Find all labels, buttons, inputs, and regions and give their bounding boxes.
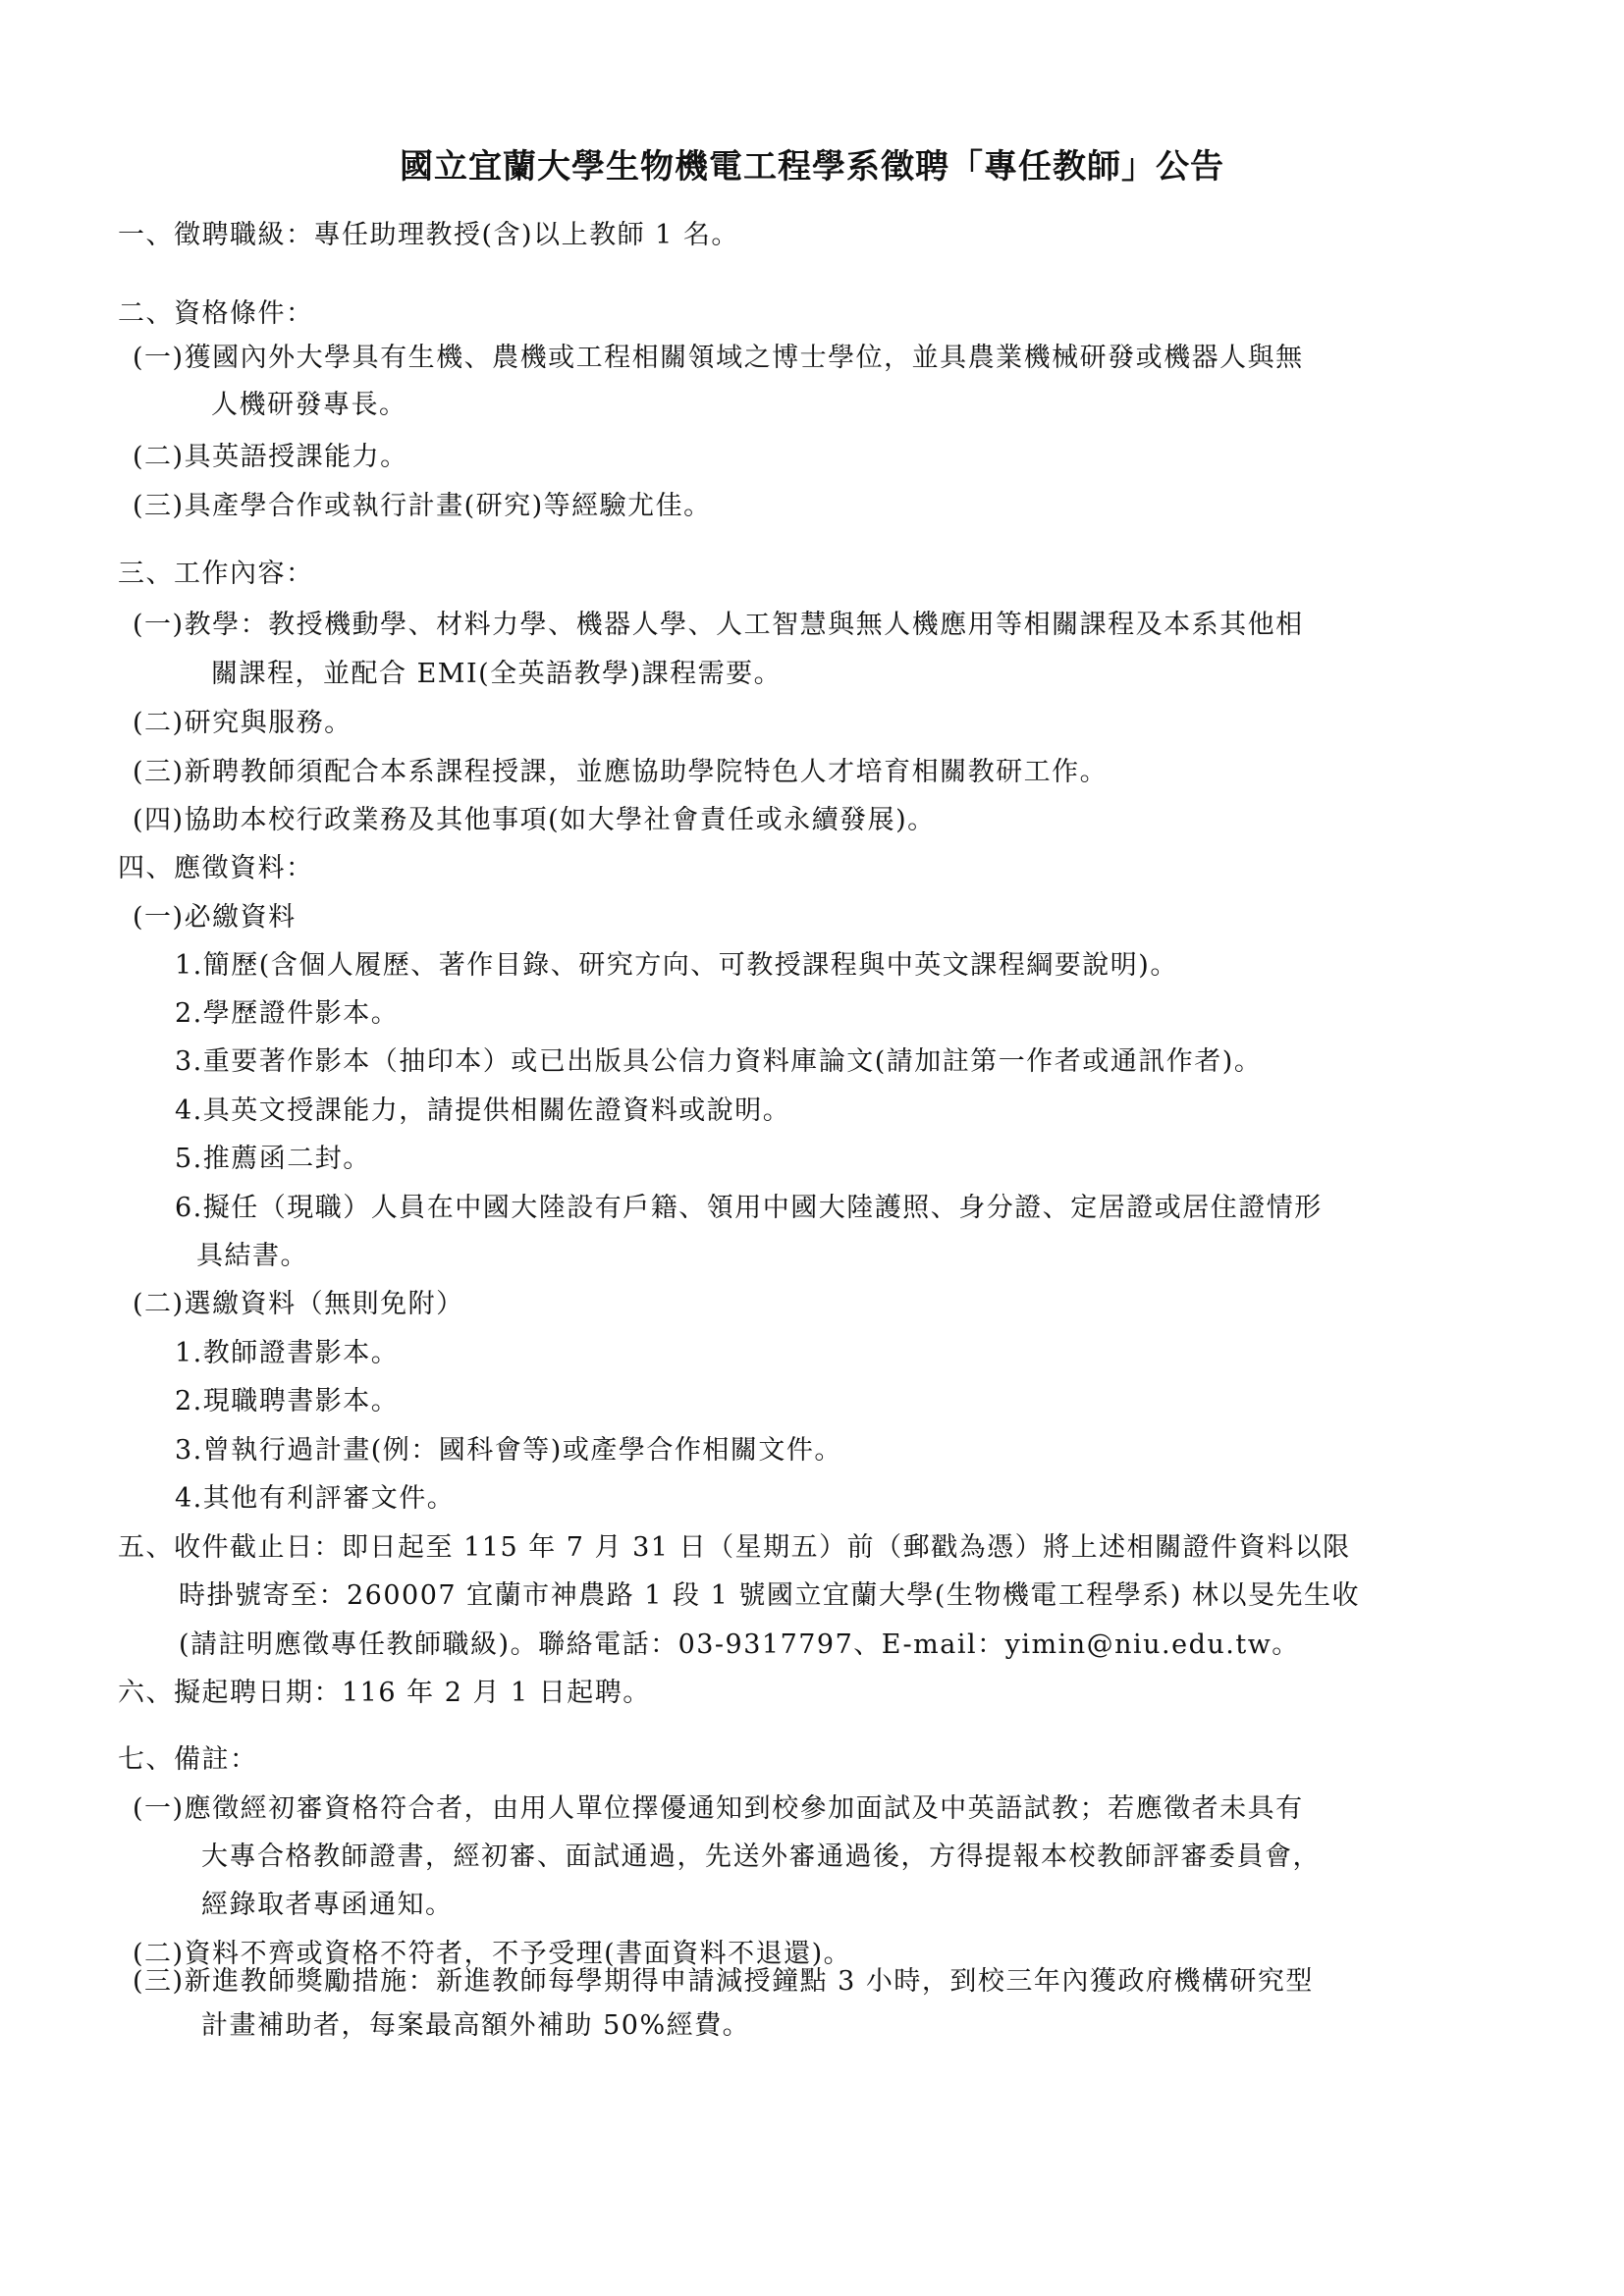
duty-item-4: (四)協助本校行政業務及其他事項(如大學社會責任或永續發展)。: [133, 803, 936, 838]
section-5-address: 時掛號寄至：260007 宜蘭市神農路 1 段 1 號國立宜蘭大學(生物機電工程…: [179, 1578, 1360, 1614]
required-doc-5: 5.推薦函二封。: [175, 1142, 371, 1177]
optional-docs-heading: (二)選繳資料（無則免附）: [133, 1287, 464, 1322]
qualification-item-3: (三)具產學合作或執行計畫(研究)等經驗尤佳。: [133, 489, 712, 524]
note-item-3: (三)新進教師獎勵措施：新進教師每學期得申請減授鐘點 3 小時，到校三年內獲政府…: [133, 1964, 1314, 2000]
section-5-contact: (請註明應徵專任教師職級)。聯絡電話：03-9317797、E-mail：yim…: [179, 1628, 1300, 1663]
required-doc-4: 4.具英文授課能力，請提供相關佐證資料或說明。: [175, 1094, 790, 1129]
duty-item-2: (二)研究與服務。: [133, 706, 352, 741]
required-docs-heading: (一)必繳資料: [133, 900, 297, 935]
required-doc-2: 2.學歷證件影本。: [175, 996, 399, 1032]
section-7-heading: 七、備註：: [118, 1742, 258, 1778]
required-doc-1: 1.簡歷(含個人履歷、著作目錄、研究方向、可教授課程與中英文課程綱要說明)。: [175, 948, 1178, 984]
note-item-1: (一)應徵經初審資格符合者，由用人單位擇優通知到校參加面試及中英語試教；若應徵者…: [133, 1791, 1304, 1827]
required-doc-6-cont: 具結書。: [196, 1239, 308, 1274]
duty-item-1: (一)教學：教授機動學、材料力學、機器人學、人工智慧與無人機應用等相關課程及本系…: [133, 608, 1304, 643]
duty-item-3: (三)新聘教師須配合本系課程授課，並應協助學院特色人才培育相關教研工作。: [133, 755, 1108, 790]
duty-item-1-cont: 關課程，並配合 EMI(全英語教學)課程需要。: [211, 657, 782, 692]
optional-doc-4: 4.其他有利評審文件。: [175, 1481, 455, 1517]
qualification-item-1: (一)獲國內外大學具有生機、農機或工程相關領域之博士學位，並具農業機械研發或機器…: [133, 341, 1304, 376]
required-doc-6: 6.擬任（現職）人員在中國大陸設有戶籍、領用中國大陸護照、身分證、定居證或居住證…: [175, 1191, 1323, 1226]
note-item-3-cont: 計畫補助者，每案最高額外補助 50%經費。: [201, 2008, 750, 2044]
section-3-heading: 三、工作內容：: [118, 557, 314, 592]
note-item-1-cont-2: 經錄取者專函通知。: [201, 1888, 454, 1923]
section-4-heading: 四、應徵資料：: [118, 851, 314, 886]
note-item-1-cont: 大專合格教師證書，經初審、面試通過，先送外審通過後，方得提報本校教師評審委員會，: [201, 1840, 1321, 1875]
section-2-heading: 二、資格條件：: [118, 296, 314, 332]
page-title: 國立宜蘭大學生物機電工程學系徵聘「專任教師」公告: [0, 139, 1624, 187]
optional-doc-3: 3.曾執行過計畫(例：國科會等)或產學合作相關文件。: [175, 1433, 842, 1468]
section-1-rank: 一、徵聘職級：專任助理教授(含)以上教師 1 名。: [118, 218, 739, 253]
section-5-deadline: 五、收件截止日：即日起至 115 年 7 月 31 日（星期五）前（郵戳為憑）將…: [118, 1530, 1351, 1566]
optional-doc-2: 2.現職聘書影本。: [175, 1384, 399, 1419]
optional-doc-1: 1.教師證書影本。: [175, 1336, 399, 1371]
required-doc-3: 3.重要著作影本（抽印本）或已出版具公信力資料庫論文(請加註第一作者或通訊作者)…: [175, 1044, 1262, 1080]
qualification-item-2: (二)具英語授課能力。: [133, 440, 408, 475]
document-page: 國立宜蘭大學生物機電工程學系徵聘「專任教師」公告 一、徵聘職級：專任助理教授(含…: [0, 0, 1624, 2296]
qualification-item-1-cont: 人機研發專長。: [211, 388, 407, 423]
section-6-start-date: 六、擬起聘日期：116 年 2 月 1 日起聘。: [118, 1676, 651, 1711]
